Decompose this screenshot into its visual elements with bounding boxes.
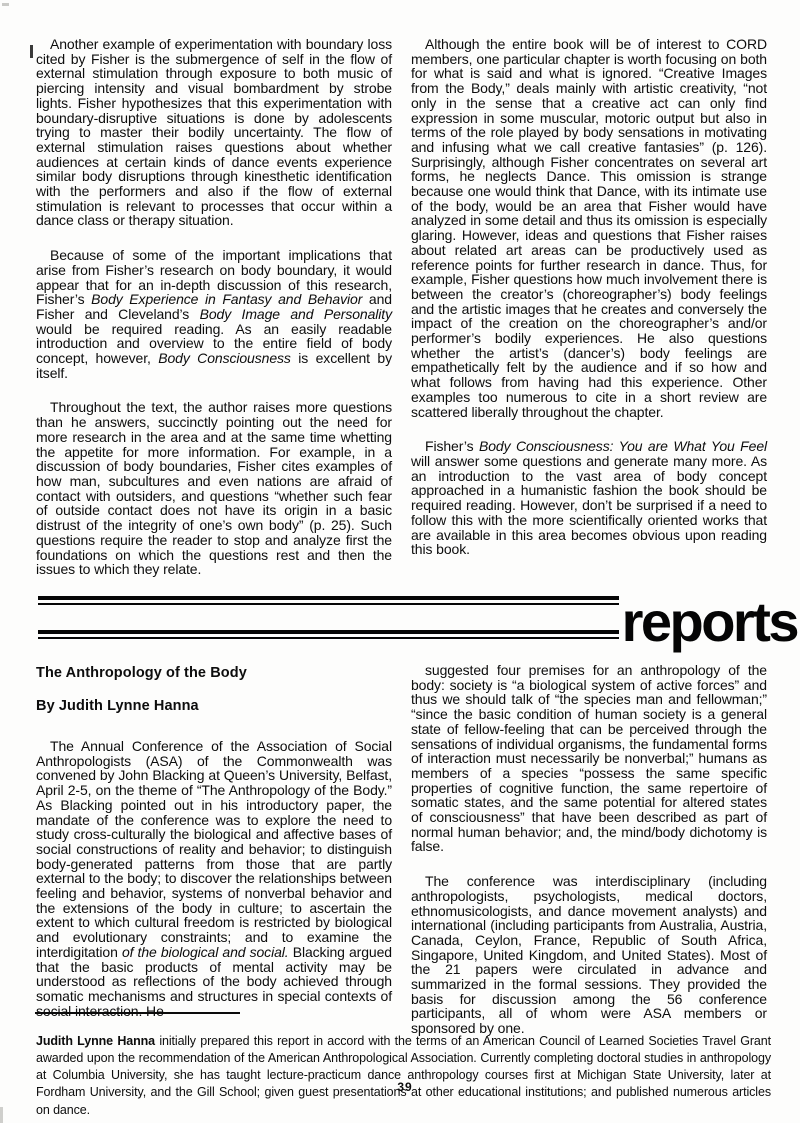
footnote-text: Judith Lynne Hanna initially prepared th… — [36, 1033, 771, 1119]
reports-banner-rule-top — [38, 596, 619, 605]
reports-banner-rule-bottom — [38, 630, 619, 639]
scan-artifact-mark — [30, 45, 33, 58]
review-paragraph: Throughout the text, the author raises m… — [36, 400, 392, 576]
report-paragraph: suggested four premises for an anthropol… — [411, 663, 767, 854]
report-right-column: suggested four premises for an anthropol… — [411, 663, 767, 1036]
scan-artifact-mark — [2, 3, 9, 6]
review-right-column: Although the entire book will be of inte… — [411, 37, 767, 577]
report-paragraph: The conference was interdisciplinary (in… — [411, 874, 767, 1036]
journal-page: Another example of experimentation with … — [0, 0, 800, 1123]
review-paragraph: Although the entire book will be of inte… — [411, 37, 767, 419]
report-section: The Anthropology of the Body By Judith L… — [36, 663, 767, 1036]
page-number: 39 — [0, 1080, 800, 1094]
reports-banner-title: reports — [622, 594, 797, 650]
review-paragraph: Another example of experimentation with … — [36, 37, 392, 228]
report-paragraph: The Annual Conference of the Association… — [36, 739, 392, 1018]
footnote-rule — [35, 1012, 240, 1014]
report-left-column: The Anthropology of the Body By Judith L… — [36, 663, 392, 1036]
review-left-column: Another example of experimentation with … — [36, 37, 392, 577]
report-byline: By Judith Lynne Hanna — [36, 698, 392, 714]
report-title: The Anthropology of the Body — [36, 665, 392, 681]
review-section: Another example of experimentation with … — [36, 37, 767, 577]
review-paragraph: Fisher’s Body Consciousness: You are Wha… — [411, 439, 767, 557]
scan-artifact-mark — [0, 1107, 3, 1123]
review-paragraph: Because of some of the important implica… — [36, 248, 392, 380]
